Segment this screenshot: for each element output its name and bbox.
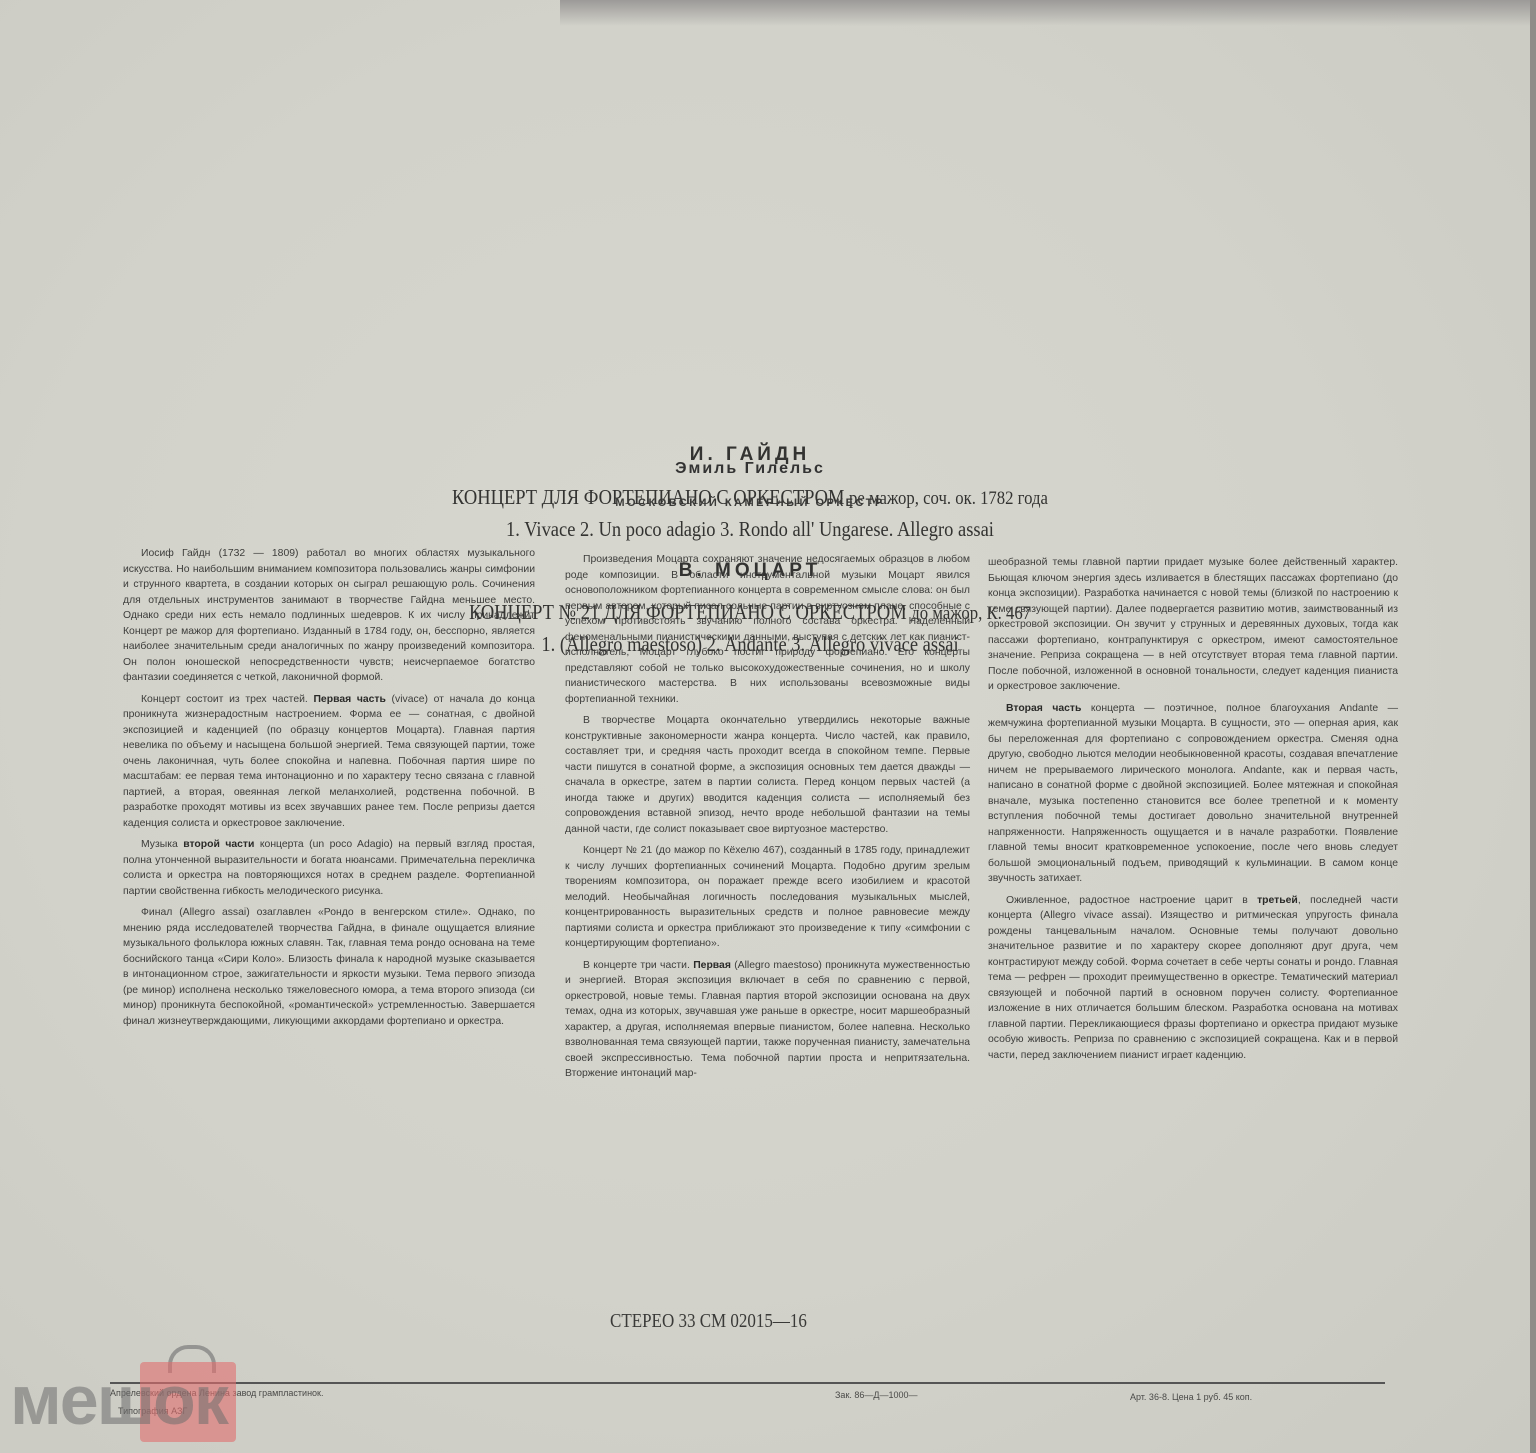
paragraph: Концерт № 21 (до мажор по Кёхелю 467), с… <box>565 843 970 952</box>
footer-divider <box>110 1382 1385 1384</box>
paragraph: Музыка второй части концерта (un poco Ad… <box>123 837 535 899</box>
catalog-number: СТЕРЕО 33 СМ 02015—16 <box>610 1310 807 1333</box>
footer-price: Арт. 36-8. Цена 1 руб. 45 коп. <box>1130 1392 1252 1402</box>
top-shadow <box>560 0 1536 26</box>
watermark-logo: мешок <box>10 1365 227 1435</box>
footer-order: Зак. 86—Д—1000— <box>835 1390 918 1400</box>
paragraph: Произведения Моцарта сохраняют значение … <box>565 552 970 707</box>
performer-name: Эмиль Гилельс <box>300 460 1200 478</box>
paragraph: В концерте три части. Первая (Allegro ma… <box>565 958 970 1082</box>
paragraph: Концерт состоит из трех частей. Первая ч… <box>123 692 535 832</box>
orchestra-name: МОСКОВСКИЙ КАМЕРНЫЙ ОРКЕСТР <box>300 497 1200 509</box>
sleeve-edge <box>1530 0 1536 1453</box>
paragraph: Иосиф Гайдн (1732 — 1809) работал во мно… <box>123 546 535 686</box>
liner-notes-column-1: Иосиф Гайдн (1732 — 1809) работал во мно… <box>123 546 535 1035</box>
paragraph: Вторая часть концерта — поэтичное, полно… <box>988 701 1398 887</box>
paragraph: Оживленное, радостное настроение царит в… <box>988 893 1398 1064</box>
paragraph: Финал (Allegro assai) озаглавлен «Рондо … <box>123 905 535 1029</box>
paragraph: шеобразной темы главной партии придает м… <box>988 555 1398 695</box>
paragraph: В творчестве Моцарта окончательно утверд… <box>565 713 970 837</box>
liner-notes-column-3: шеобразной темы главной партии придает м… <box>988 555 1398 1069</box>
liner-notes-column-2: Произведения Моцарта сохраняют значение … <box>565 552 970 1088</box>
work-haydn-movements: 1. Vivace 2. Un poco adagio 3. Rondo all… <box>354 517 1146 542</box>
